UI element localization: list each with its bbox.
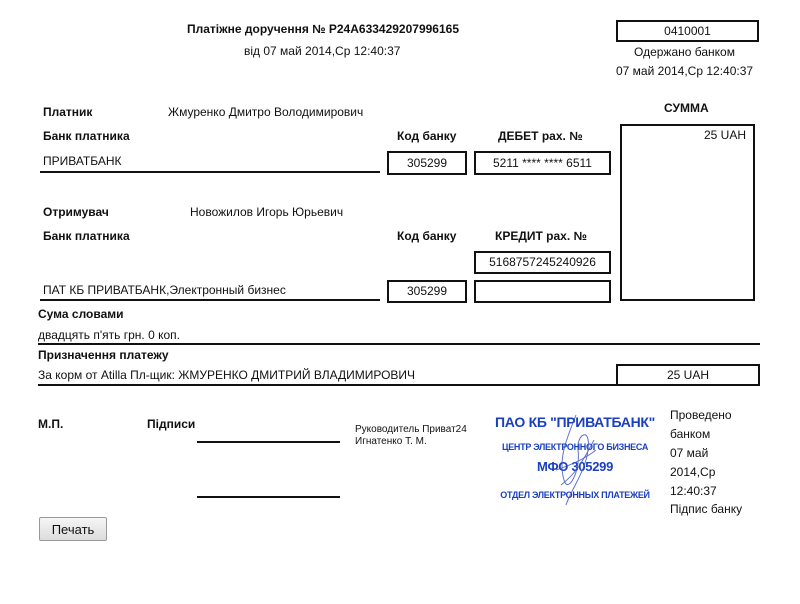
processed-line-6: Підпис банку	[670, 500, 742, 519]
head-title: Руководитель Приват24	[355, 424, 467, 436]
credit-account-box: 5168757245240926	[474, 251, 611, 274]
recipient-bank-name: ПАТ КБ ПРИВАТБАНК,Электронный бизнес	[43, 283, 286, 297]
payer-bank-underline	[40, 171, 380, 173]
processed-line-5: 12:40:37	[670, 482, 717, 501]
words-underline	[38, 343, 760, 345]
recipient-bank-code-box: 305299	[387, 280, 467, 303]
received-date: 07 май 2014,Ср 12:40:37	[616, 64, 753, 78]
payer-bank-name: ПРИВАТБАНК	[43, 154, 122, 168]
credit-label: КРЕДИТ рах. №	[495, 229, 587, 243]
recipient-bank-label: Банк платника	[43, 229, 130, 243]
payer-name: Жмуренко Дмитро Володимирович	[168, 105, 363, 119]
form-code-box: 0410001	[616, 20, 759, 42]
processed-line-4: 2014,Ср	[670, 463, 715, 482]
payer-bank-code-label: Код банку	[397, 129, 456, 143]
debit-label: ДЕБЕТ рах. №	[498, 129, 583, 143]
words-value: двадцять п'ять грн. 0 коп.	[38, 328, 180, 342]
recipient-label: Отримувач	[43, 205, 109, 219]
bank-stamp: ПАО КБ "ПРИВАТБАНК" ЦЕНТР ЭЛЕКТРОННОГО Б…	[486, 410, 666, 510]
signature-line-1	[197, 441, 340, 443]
debit-account-box: 5211 **** **** 6511	[474, 151, 611, 175]
purpose-value: За корм от Atilla Пл-щик: ЖМУРЕНКО ДМИТР…	[38, 368, 415, 382]
recipient-bank-underline	[40, 299, 380, 301]
recipient-bank-code-label: Код банку	[397, 229, 456, 243]
processed-line-3: 07 май	[670, 444, 708, 463]
payer-bank-code-box: 305299	[387, 151, 467, 175]
words-label: Сума словами	[38, 307, 124, 321]
mp-label: М.П.	[38, 417, 63, 431]
sum-label: СУММА	[664, 101, 709, 115]
signatures-label: Підписи	[147, 417, 195, 431]
purpose-label: Призначення платежу	[38, 348, 169, 362]
credit-account-extra-box	[474, 280, 611, 303]
head-name: Игнатенко Т. М.	[355, 436, 427, 448]
payer-bank-label: Банк платника	[43, 129, 130, 143]
document-date: від 07 май 2014,Ср 12:40:37	[244, 44, 400, 58]
received-label: Одержано банком	[634, 45, 735, 59]
print-button[interactable]: Печать	[39, 517, 107, 541]
signature-scribble-icon	[536, 410, 616, 510]
recipient-name: Новожилов Игорь Юрьевич	[190, 205, 343, 219]
payer-label: Платник	[43, 105, 92, 119]
processed-line-2: банком	[670, 425, 710, 444]
processed-line-1: Проведено	[670, 406, 732, 425]
signature-line-2	[197, 496, 340, 498]
sum-box: 25 UAH	[620, 124, 755, 301]
document-title: Платіжне доручення № P24A633429207996165	[187, 22, 459, 36]
purpose-amount-box: 25 UAH	[616, 364, 760, 386]
